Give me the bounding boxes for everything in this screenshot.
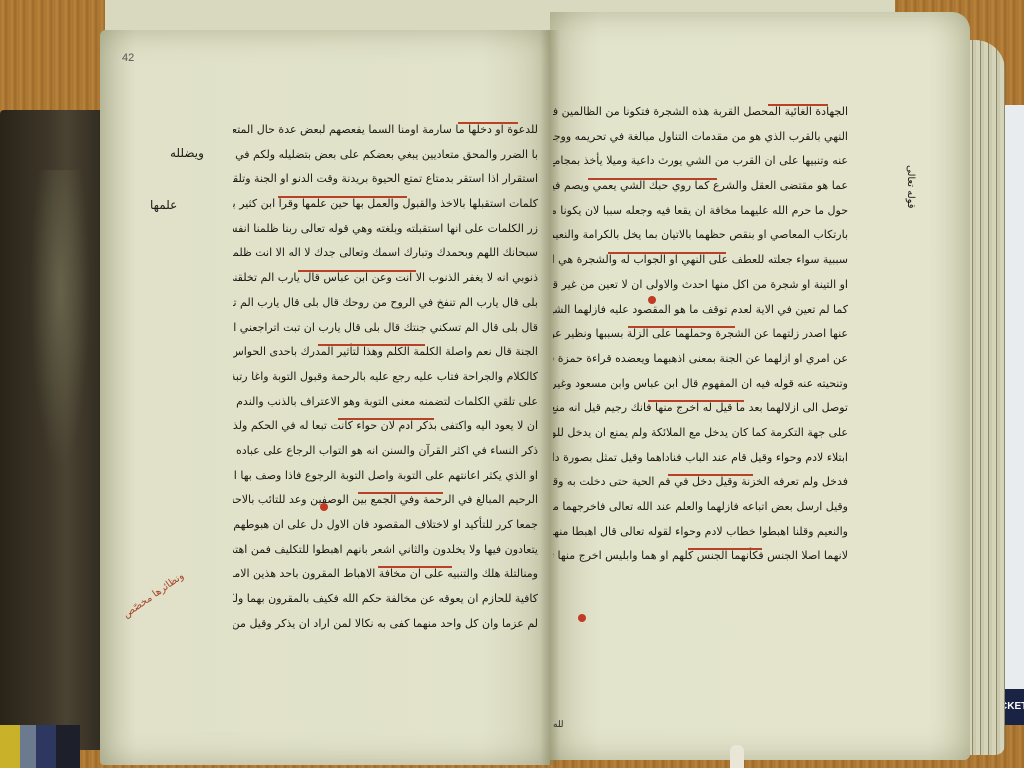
rubric-overline — [588, 178, 717, 180]
manuscript-line: والنعيم وقلنا اهبطوا خطاب لادم وحواء لقو… — [553, 520, 848, 545]
rubric-overline — [668, 474, 753, 476]
rubric-overline — [458, 122, 518, 124]
manuscript-line: على تلقي الكلمات لتضمنه معنى التوبة وهو … — [233, 390, 538, 415]
manuscript-line: عما هو مقتضى العقل والشرع كما روي حبك ال… — [553, 174, 848, 199]
bookmark-tab — [730, 745, 744, 768]
manuscript-line: لانهما اصلا الجنس فكأنهما الجنس كلهم او … — [553, 544, 848, 569]
rubric-overline — [358, 492, 443, 494]
book-cover-left — [0, 110, 110, 750]
rubric-overline — [768, 104, 828, 106]
manuscript-line: الجنة قال نعم واصلة الكلمة الكلم وهذا لت… — [233, 340, 538, 365]
rubric-overline — [648, 400, 744, 402]
manuscript-line: توصل الى ازلالهما بعد ما قيل له اخرج منه… — [553, 396, 848, 421]
left-page-text: للدعوة او دخلها ما سارمة اومنا السما يفع… — [233, 118, 538, 636]
manuscript-line: بلى قال يارب الم تنفخ في الروح من روحك ق… — [233, 291, 538, 316]
rubric-overline — [298, 270, 416, 272]
manuscript-line: وقيل ارسل بعض اتباعه فازلهما والعلم عند … — [553, 495, 848, 520]
manuscript-line: الرحيم المبالغ في الرحمة وفي الجمع بين ا… — [233, 488, 538, 513]
manuscript-line: قال بلى قال الم تسكني جنتك قال بلى قال ي… — [233, 316, 538, 341]
manuscript-line: الجهادة الغائية المحصل القربة هذه الشجرة… — [553, 100, 848, 125]
manuscript-line: سببية سواء جعلته للعطف على النهي او الجو… — [553, 248, 848, 273]
cover-wear — [30, 170, 90, 470]
right-page-text: الجهادة الغائية المحصل القربة هذه الشجرة… — [553, 100, 848, 569]
page-number: 42 — [122, 52, 134, 64]
manuscript-line: كما لم تعين في الاية لعدم توقف ما هو الم… — [553, 298, 848, 323]
margin-gloss-vertical: قوله تعالى — [905, 165, 916, 209]
manuscript-line: ان لا يعود اليه واكتفى بذكر ادم لان حواء… — [233, 414, 538, 439]
red-verse-marker — [578, 614, 586, 622]
rubric-overline — [278, 196, 407, 198]
manuscript-line: عنها اصدر زلتهما عن الشجرة وحملهما على ا… — [553, 322, 848, 347]
rubric-overline — [688, 548, 762, 550]
manuscript-line: فدخل ولم تعرفه الخزنة وقيل دخل في فم الح… — [553, 470, 848, 495]
manuscript-line: بارتكاب المعاصي او بنقص حظهما بالاتيان ب… — [553, 223, 848, 248]
manuscript-line: او التينة او شجرة من اكل منها احدث والاو… — [553, 273, 848, 298]
manuscript-line: عن امري او ازلهما عن الجنة بمعنى اذهبهما… — [553, 347, 848, 372]
rubric-overline — [608, 252, 726, 254]
manuscript-line: كافية للحازم ان يعوقه عن مخالفة حكم الله… — [233, 587, 538, 612]
rubric-overline — [378, 566, 452, 568]
margin-gloss: ويضلله — [170, 146, 204, 160]
margin-gloss: علمها — [150, 198, 177, 212]
manuscript-line: يتعادون فيها ولا يخلدون والثاني اشعر بان… — [233, 538, 538, 563]
manuscript-line: ومنالتلة هلك والتنبيه على ان مخافة الاهب… — [233, 562, 538, 587]
manuscript-line: با الضرر والمحق متعاديين يبغي بعضكم على … — [233, 143, 538, 168]
manuscript-line: جمعا كرر للتأكيد او لاختلاف المقصود فان … — [233, 513, 538, 538]
rubric-overline — [318, 344, 425, 346]
manuscript-line: حول ما حرم الله عليهما مخافة ان يقعا فيه… — [553, 199, 848, 224]
manuscript-line: كلمات استقبلها بالاخذ والقبول والعمل بها… — [233, 192, 538, 217]
desk-items — [0, 725, 80, 768]
manuscript-line: لم عزما وان كل واحد منهما كفى به نكالا ل… — [233, 612, 538, 637]
manuscript-line: ذنوبي انه لا يغفر الذنوب الا انت وعن ابن… — [233, 266, 538, 291]
manuscript-line: للدعوة او دخلها ما سارمة اومنا السما يفع… — [233, 118, 538, 143]
manuscript-line: استقرار اذا استقر بدمتاع تمتع الحيوة بري… — [233, 167, 538, 192]
manuscript-line: او الذي يكثر اعانتهم على التوبة واصل الت… — [233, 464, 538, 489]
manuscript-line: النهي بالقرب الذي هو من مقدمات التناول م… — [553, 125, 848, 150]
manuscript-line: سبحانك اللهم وبحمدك وتبارك اسمك وتعالى ج… — [233, 241, 538, 266]
red-verse-marker — [320, 503, 328, 511]
manuscript-line: عنه وتنبيها على ان القرب من الشي يورث دا… — [553, 149, 848, 174]
manuscript-line: على جهة التكرمة كما كان يدخل مع الملائكة… — [553, 421, 848, 446]
manuscript-line: ابتلاء لادم وحواء وقيل قام عند الباب فنا… — [553, 446, 848, 471]
manuscript-line: ذكر النساء في اكثر القرآن والسنن انه هو … — [233, 439, 538, 464]
manuscript-line: وتنحيته عنه قوله فيه ان المفهوم قال ابن … — [553, 372, 848, 397]
folio-mark: لله — [553, 720, 564, 730]
manuscript-line: كالكلام والجراحة فتاب عليه رجع عليه بالر… — [233, 365, 538, 390]
rubric-overline — [338, 418, 434, 420]
manuscript-line: زر الكلمات على انها استقبلته وبلغته وهي … — [233, 217, 538, 242]
rubric-overline — [628, 326, 735, 328]
red-verse-marker — [648, 296, 656, 304]
